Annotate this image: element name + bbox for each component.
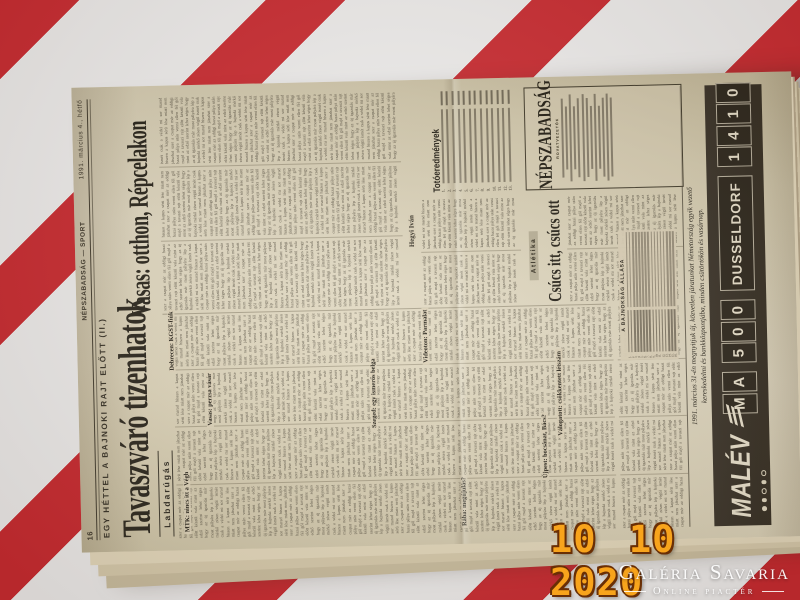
flap-cell: 0 bbox=[721, 321, 756, 342]
flap-cell: 1 bbox=[716, 104, 751, 125]
lead-headline: Tavaszváró tizenhatok bbox=[109, 298, 161, 538]
watermark-title: Galéria Savaria bbox=[618, 560, 790, 585]
malev-wordmark: MALÉV bbox=[725, 434, 759, 518]
impressum-line bbox=[593, 94, 597, 181]
impressum-line bbox=[585, 98, 589, 177]
malev-ad-banner: MALÉV MA500DUSSELDORF1410 bbox=[704, 84, 771, 526]
body-text-columns: szer a csapat mér az eddigi hazai pálya … bbox=[173, 307, 618, 539]
flap-cell: 0 bbox=[715, 82, 750, 103]
standings-rows: 1.2.3.4.5.6.7.8.9.10.11.12.13.14.15.16. bbox=[625, 231, 677, 358]
paper-section-title: NÉPSZABADSÁG — SPORT bbox=[79, 221, 88, 320]
flap-cell: 1 bbox=[717, 147, 752, 168]
impressum-line bbox=[606, 94, 610, 181]
impressum-line bbox=[573, 107, 576, 170]
flap-cell: 4 bbox=[716, 125, 751, 146]
toto-heading: Totóeredmények bbox=[429, 91, 442, 192]
subhead: Videoton: Parmalat bbox=[421, 308, 429, 365]
subhead: Debrecen: KGST-fiúk bbox=[167, 309, 175, 372]
impressum-line bbox=[590, 106, 593, 169]
subhead: Újpest: bocsánat, Bács? bbox=[541, 412, 550, 480]
impressum-line bbox=[565, 107, 568, 170]
impressum-line bbox=[610, 98, 614, 177]
impressum-line bbox=[561, 99, 565, 178]
match-report-headline: Vasas: otthon, Répcelakon bbox=[121, 120, 158, 316]
newspaper-page: 16 NÉPSZABADSÁG — SPORT 1991. március 4.… bbox=[71, 71, 800, 552]
watermark-subtitle: Online piactér bbox=[653, 586, 755, 597]
impressum-line bbox=[602, 98, 606, 177]
issue-date: 1991. március 4., hétfő bbox=[77, 99, 86, 179]
flap-cell: 0 bbox=[720, 300, 755, 321]
section-label-athletics: Atlétika bbox=[529, 231, 539, 281]
athletics-headline: Csúcs itt, csúcs ott bbox=[542, 200, 567, 302]
watermark-dash bbox=[624, 591, 646, 593]
toto-row: 13. bbox=[506, 90, 514, 191]
impressum-line bbox=[581, 94, 585, 181]
league-standings: A BAJNOKSÁG ÁLLÁSA 1.2.3.4.5.6.7.8.9.10.… bbox=[618, 229, 678, 360]
section-label-football: Labdarúgás bbox=[158, 451, 175, 537]
results-text-columns: szer a csapat mér az eddigi hazai pálya … bbox=[420, 198, 522, 305]
photo-scene: 16 NÉPSZABADSÁG — SPORT 1991. március 4.… bbox=[0, 0, 800, 600]
impressum-box: NÉPSZABADSÁG ROVATVEZETŐK bbox=[523, 84, 683, 191]
toto-rows: 1.2.3.4.5.6.7.8.9.10.11.12.13. bbox=[438, 90, 513, 193]
subhead: Vasas: perzsa vásár bbox=[206, 371, 214, 428]
toto-results: Totóeredmények 1.2.3.4.5.6.7.8.9.10.11.1… bbox=[429, 90, 513, 193]
impressum-line bbox=[569, 94, 573, 181]
impressum-masthead: NÉPSZABADSÁG bbox=[532, 88, 557, 190]
impressum-line bbox=[577, 98, 581, 177]
departure-flap-display: MA500DUSSELDORF1410 bbox=[715, 82, 758, 414]
impressum-fine-print bbox=[561, 86, 614, 188]
subhead: MTK: nincs itt a Végh bbox=[183, 470, 191, 535]
flap-cell: 5 bbox=[721, 343, 756, 364]
impressum-line bbox=[598, 106, 601, 169]
page-number: 16 bbox=[85, 531, 94, 541]
banner-dots-decoration bbox=[761, 471, 767, 512]
flap-cell: DUSSELDORF bbox=[717, 176, 755, 292]
watermark-dash bbox=[762, 591, 784, 593]
subhead: Rába: megújulás? bbox=[460, 475, 468, 528]
watermark-subtitle-row: Online piactér bbox=[618, 586, 790, 597]
byline: Hegyi Iván bbox=[408, 215, 416, 247]
watermark: Galéria Savaria Online piactér bbox=[618, 560, 790, 597]
flap-cell: A bbox=[722, 372, 757, 393]
body-text-columns: szer a csapat mér az eddigi hazai pálya … bbox=[158, 92, 405, 310]
